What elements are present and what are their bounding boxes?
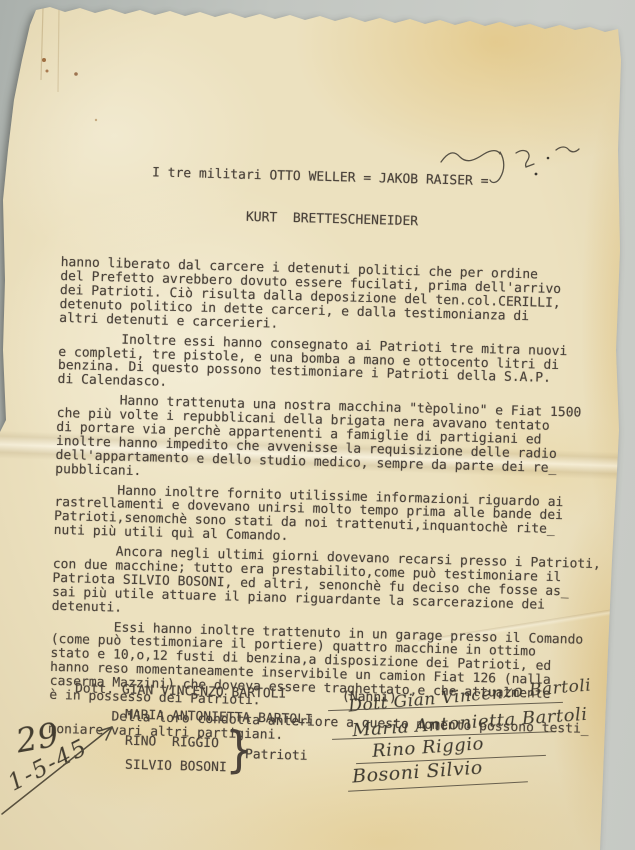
signature-section: Dott. GIAN VINCENZO BARTOLI (Nanni) MARI…	[0, 0, 635, 850]
signatory-typed-name: MARIA ANTONIETTA BARTOLI	[125, 708, 313, 728]
paper-sheet: I tre militari OTTO WELLER = JAKOB RAISE…	[0, 0, 635, 850]
signatory-typed-name: SILVIO BOSONI	[125, 758, 227, 776]
photo-of-document: { "meta": { "background_color": "#c2c6c1…	[0, 0, 635, 850]
handwritten-signature: Bosoni Silvio	[351, 756, 483, 787]
paper-shadow: I tre militari OTTO WELLER = JAKOB RAISE…	[0, 0, 635, 850]
signatory-typed-name: RINO RIGGIO	[125, 734, 219, 751]
group-label: Patrioti	[245, 747, 308, 764]
signatory-typed-name: Dott. GIAN VINCENZO BARTOLI	[75, 681, 287, 702]
